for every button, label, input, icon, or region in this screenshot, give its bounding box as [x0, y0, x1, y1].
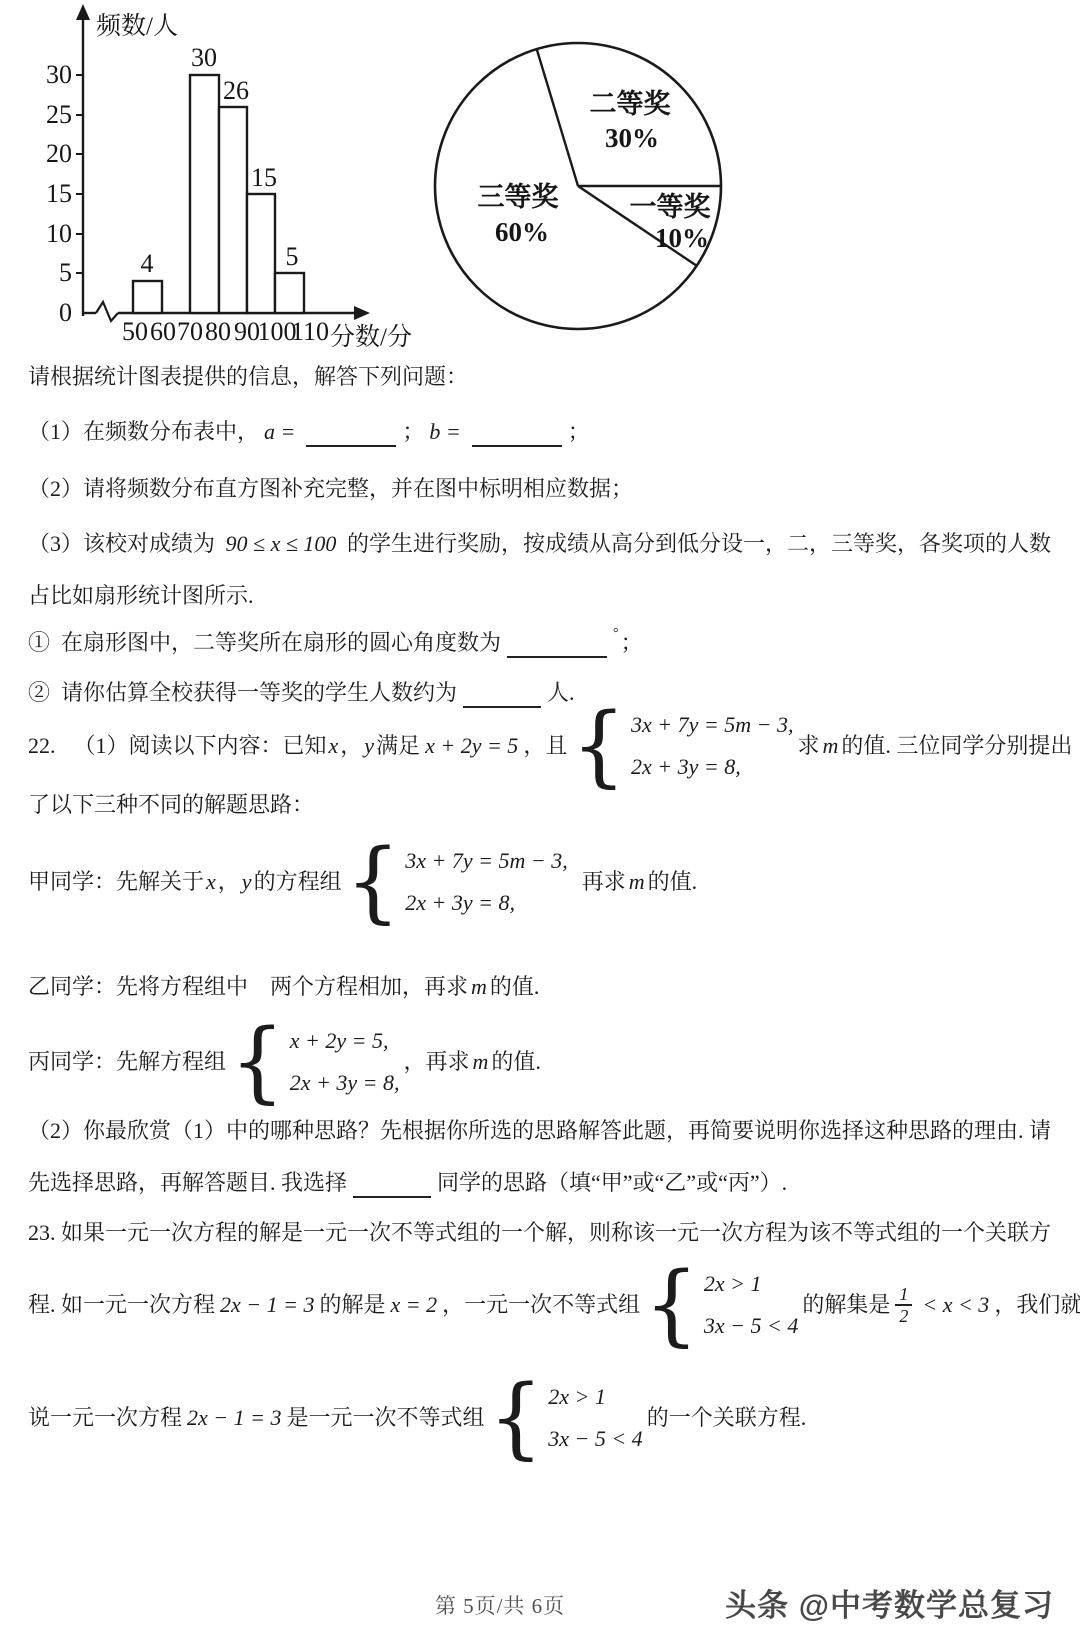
- q21-part1-text: （1）在频数分布表中，: [28, 417, 259, 447]
- q22-part2-line2-pre: 先选择思路，再解答题目. 我选择: [28, 1168, 347, 1198]
- var-b: b =: [429, 417, 460, 447]
- bing-comma: ，: [403, 1047, 425, 1077]
- blank-chosen-student: [353, 1172, 431, 1198]
- y-axis-arrow-icon: [76, 4, 90, 20]
- system-eq2: 2x + 3y = 8,: [631, 752, 793, 782]
- bar-value-label: 4: [141, 249, 154, 278]
- jia-end: 的值.: [648, 867, 698, 897]
- x-tick-label: 60: [150, 317, 176, 346]
- var-m: m: [823, 731, 839, 761]
- equation-2x-minus-1: 2x − 1 = 3: [187, 1403, 281, 1433]
- pie-label-third-prize: 三等奖: [478, 182, 559, 212]
- y-tick-label: 25: [46, 100, 72, 129]
- inequality-system: { 2x > 1 3x − 5 < 4: [644, 1265, 798, 1345]
- bar-70-80: [190, 75, 219, 313]
- q22-head-post-pre: 求: [798, 731, 820, 761]
- bar-80-90: [219, 107, 247, 313]
- q23-line1-text: 23. 如果一元一次方程的解是一元一次不等式组的一个解，则称该一元一次方程为该不…: [28, 1218, 1051, 1248]
- brace-glyph: {: [230, 1021, 285, 1103]
- system-ineq1: 2x > 1: [548, 1382, 642, 1412]
- y-tick-label: 15: [46, 179, 72, 208]
- q22-head: 22. （1）阅读以下内容：已知 x ， y 满足 x + 2y = 5 ，且 …: [28, 700, 1072, 792]
- q23-line2-pre: 程. 如一元一次方程: [28, 1290, 215, 1320]
- q23-line3: 说一元一次方程 2x − 1 = 3 是一元一次不等式组 { 2x > 1 3x…: [28, 1368, 806, 1468]
- jia-post: 再求: [582, 867, 626, 897]
- blank-central-angle: [507, 632, 607, 658]
- var-x: x: [329, 731, 339, 761]
- pie-pct-third-prize: 60%: [495, 217, 549, 247]
- system-eq1: 3x + 7y = 5m − 3,: [405, 846, 567, 876]
- q22-part2-line2: 先选择思路，再解答题目. 我选择 同学的思路（填“甲”或“乙”或“丙”）.: [28, 1168, 787, 1198]
- degree-symbol: °: [613, 619, 619, 649]
- yi-pre: 乙同学：先将方程组中 两个方程相加，再求: [28, 972, 468, 1002]
- comma: ，: [218, 867, 240, 897]
- inequality-solution-set: < x < 3: [922, 1290, 989, 1320]
- bar-90-100: [247, 194, 275, 313]
- var-m: m: [471, 972, 487, 1002]
- q21-part2: （2）请将频数分布直方图补充完整，并在图中标明相应数据；: [28, 474, 633, 504]
- q23-line1: 23. 如果一元一次方程的解是一元一次不等式组的一个解，则称该一元一次方程为该不…: [28, 1218, 1051, 1248]
- q23-line2-end: ，我们就: [994, 1290, 1080, 1320]
- axis-break-icon: [96, 302, 118, 321]
- inequality-system: { 2x > 1 3x − 5 < 4: [489, 1378, 643, 1458]
- equation-system-jia: { 3x + 7y = 5m − 3, 2x + 3y = 8,: [346, 842, 568, 922]
- y-tick-label: 10: [46, 219, 72, 248]
- q21-intro: 请根据统计图表提供的信息，解答下列问题：: [28, 362, 468, 392]
- fraction-one-half: 1 2: [895, 1284, 912, 1326]
- comma: ，: [340, 731, 362, 761]
- inequality-system-rows: 2x > 1 3x − 5 < 4: [704, 1269, 798, 1341]
- q21-part3-line2: 占比如扇形统计图所示.: [28, 581, 254, 611]
- q21-part1-sep: ；: [402, 417, 424, 447]
- q21-sub1-text: ① 在扇形图中，二等奖所在扇形的圆心角度数为: [28, 628, 501, 658]
- equation-2x-minus-1: 2x − 1 = 3: [220, 1290, 314, 1320]
- pie-label-first-prize: 一等奖: [630, 192, 711, 222]
- var-m: m: [473, 1047, 489, 1077]
- award-pie-chart: 二等奖 30% 三等奖 60% 一等奖 10%: [420, 25, 740, 345]
- jia-pre: 甲同学：先解关于: [28, 867, 204, 897]
- q22-head-mid2: ，且: [523, 731, 567, 761]
- equation-system-bing: { x + 2y = 5, 2x + 3y = 8,: [230, 1022, 399, 1102]
- x-tick-label: 50: [122, 317, 148, 346]
- q22-part2-line1-text: （2）你最欣赏（1）中的哪种思路？先根据你所选的思路解答此题，再简要说明你选择这…: [28, 1116, 1051, 1146]
- var-a: a =: [264, 417, 295, 447]
- q21-part1-end: ；: [568, 417, 590, 447]
- var-y: y: [242, 867, 252, 897]
- fraction-numerator: 1: [895, 1284, 912, 1306]
- system-eq1: 3x + 7y = 5m − 3,: [631, 710, 793, 740]
- inequality-system-rows: 2x > 1 3x − 5 < 4: [548, 1382, 642, 1454]
- blank-a: [306, 421, 396, 447]
- q21-part2-text: （2）请将频数分布直方图补充完整，并在图中标明相应数据；: [28, 474, 633, 504]
- q23-line2-mid1: 的解是: [319, 1290, 385, 1320]
- equation-system-rows: 3x + 7y = 5m − 3, 2x + 3y = 8,: [631, 710, 793, 782]
- x-tick-label: 110: [291, 317, 329, 346]
- brace-glyph: {: [346, 841, 401, 923]
- q21-part3-pre: （3）该校对成绩为: [28, 529, 221, 559]
- frequency-histogram: 0 5 10 15 20 25 30 4 30 26 15 5 50 60 70…: [40, 0, 412, 352]
- y-tick-label: 30: [46, 60, 72, 89]
- q22-head-post: 的值. 三位同学分别提出: [841, 731, 1072, 761]
- q23-line3-end: 的一个关联方程.: [647, 1403, 807, 1433]
- x-axis-title: 分数/分: [330, 323, 412, 351]
- q22-number: 22.: [28, 731, 56, 761]
- q22-head-mid1: 满足: [376, 731, 420, 761]
- bar-value-label: 26: [223, 76, 249, 105]
- q22-part2-line1: （2）你最欣赏（1）中的哪种思路？先根据你所选的思路解答此题，再简要说明你选择这…: [28, 1116, 1051, 1146]
- brace-glyph: {: [489, 1377, 544, 1459]
- x-axis-arrow-icon: [354, 306, 370, 320]
- y-tick-label: 5: [59, 258, 72, 287]
- jia-mid: 的方程组: [254, 867, 342, 897]
- bar-value-label: 30: [191, 43, 217, 72]
- bing-mid: 再求: [425, 1047, 469, 1077]
- pie-label-second-prize: 二等奖: [590, 89, 671, 119]
- bar-value-label: 5: [286, 242, 299, 271]
- q23-line2-mid3: 的解集是: [802, 1290, 890, 1320]
- q21-sub1-end: ；: [621, 628, 643, 658]
- q22-head-line2: 了以下三种不同的解题思路：: [28, 790, 314, 820]
- equation-system-rows: 3x + 7y = 5m − 3, 2x + 3y = 8,: [405, 846, 567, 918]
- q22-student-yi: 乙同学：先将方程组中 两个方程相加，再求 m 的值.: [28, 972, 539, 1002]
- var-y: y: [364, 731, 374, 761]
- bar-50-60: [133, 281, 162, 313]
- q23-line2: 程. 如一元一次方程 2x − 1 = 3 的解是 x = 2 ，一元一次不等式…: [28, 1256, 1080, 1354]
- q21-part1: （1）在频数分布表中， a = ； b = ；: [28, 417, 590, 447]
- var-m: m: [629, 867, 645, 897]
- equation-x-plus-2y: x + 2y = 5: [425, 731, 518, 761]
- solution-x-equals-2: x = 2: [391, 1290, 438, 1320]
- q22-student-bing: 丙同学：先解方程组 { x + 2y = 5, 2x + 3y = 8, ， 再…: [28, 1016, 541, 1108]
- system-ineq2: 3x − 5 < 4: [548, 1424, 642, 1454]
- y-tick-label: 0: [59, 298, 72, 327]
- q21-sub1: ① 在扇形图中，二等奖所在扇形的圆心角度数为 ° ；: [28, 628, 643, 658]
- q23-line3-pre: 说一元一次方程: [28, 1403, 182, 1433]
- brace-glyph: {: [644, 1264, 699, 1346]
- yi-end: 的值.: [490, 972, 540, 1002]
- bar-100-110: [275, 273, 304, 313]
- brace-glyph: {: [571, 705, 626, 787]
- x-tick-label: 80: [205, 317, 231, 346]
- q23-line3-mid: 是一元一次不等式组: [286, 1403, 484, 1433]
- fraction-denominator: 2: [895, 1306, 912, 1326]
- pie-pct-second-prize: 30%: [605, 123, 659, 153]
- blank-b: [472, 421, 562, 447]
- bing-end: 的值.: [491, 1047, 541, 1077]
- system-eq2: 2x + 3y = 8,: [290, 1068, 400, 1098]
- q21-part3-post: 的学生进行奖励，按成绩从高分到低分设一，二，三等奖，各奖项的人数: [341, 529, 1051, 559]
- system-ineq2: 3x − 5 < 4: [704, 1311, 798, 1341]
- bing-pre: 丙同学：先解方程组: [28, 1047, 226, 1077]
- bar-value-label: 15: [251, 163, 277, 192]
- q22-head-line2-text: 了以下三种不同的解题思路：: [28, 790, 314, 820]
- system-eq2: 2x + 3y = 8,: [405, 888, 567, 918]
- q22-head-pre: （1）阅读以下内容：已知: [74, 731, 327, 761]
- x-tick-label: 70: [177, 317, 203, 346]
- var-x: x: [206, 867, 216, 897]
- system-ineq1: 2x > 1: [704, 1269, 798, 1299]
- q21-part3-line2-text: 占比如扇形统计图所示.: [28, 581, 254, 611]
- watermark-toutiao: 头条 @中考数学总复习: [725, 1580, 1054, 1625]
- score-range-expression: 90 ≤ x ≤ 100: [226, 529, 337, 559]
- q23-line2-mid2: ，一元一次不等式组: [442, 1290, 640, 1320]
- equation-system-main: { 3x + 7y = 5m − 3, 2x + 3y = 8,: [571, 706, 793, 786]
- q21-intro-text: 请根据统计图表提供的信息，解答下列问题：: [28, 362, 468, 392]
- y-tick-label: 20: [46, 139, 72, 168]
- y-axis-title: 频数/人: [96, 12, 178, 40]
- q22-student-jia: 甲同学：先解关于 x ， y 的方程组 { 3x + 7y = 5m − 3, …: [28, 836, 697, 928]
- equation-system-rows: x + 2y = 5, 2x + 3y = 8,: [290, 1026, 400, 1098]
- x-tick-label: 90: [234, 317, 260, 346]
- q22-part2-line2-post: 同学的思路（填“甲”或“乙”或“丙”）.: [437, 1168, 787, 1198]
- pie-pct-first-prize: 10%: [655, 223, 709, 253]
- system-eq1: x + 2y = 5,: [290, 1026, 400, 1056]
- q21-part3-line1: （3）该校对成绩为 90 ≤ x ≤ 100 的学生进行奖励，按成绩从高分到低分…: [28, 529, 1051, 559]
